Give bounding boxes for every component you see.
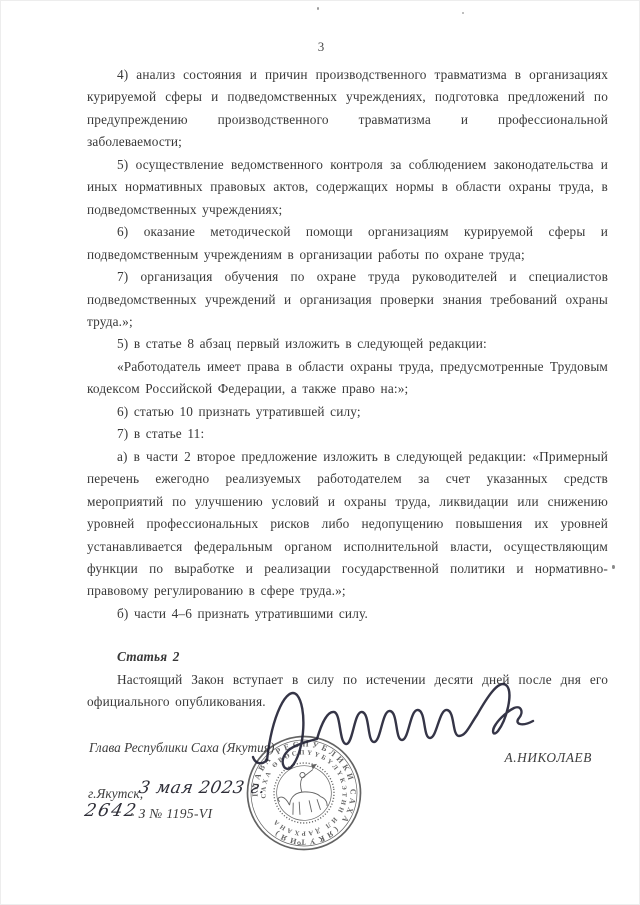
scan-speck bbox=[462, 12, 464, 14]
document-page: 3 4) анализ состояния и причин производс… bbox=[0, 0, 640, 905]
body-paragraph: 4) анализ состояния и причин производств… bbox=[87, 64, 608, 154]
signature-city: г.Якутск, bbox=[88, 786, 143, 802]
body-paragraph: 7) организация обучения по охране труда … bbox=[87, 266, 608, 333]
signature-autograph bbox=[241, 651, 541, 786]
body-paragraph: б) части 4–6 признать утратившими силу. bbox=[87, 603, 608, 625]
document-body: 4) анализ состояния и причин производств… bbox=[87, 64, 608, 714]
body-paragraph: 6) оказание методической помощи организа… bbox=[87, 221, 608, 266]
body-paragraph: а) в части 2 второе предложение изложить… bbox=[87, 446, 608, 603]
body-paragraph: 6) статью 10 признать утратившей силу; bbox=[87, 401, 608, 423]
body-paragraph: 5) в статье 8 абзац первый изложить в сл… bbox=[87, 333, 608, 355]
body-paragraph: «Работодатель имеет права в области охра… bbox=[87, 356, 608, 401]
doc-number: - З № 1195-VI bbox=[130, 806, 212, 822]
body-paragraph: 5) осуществление ведомственного контроля… bbox=[87, 154, 608, 221]
body-paragraph: 7) в статье 11: bbox=[87, 423, 608, 445]
page-number: 3 bbox=[1, 39, 640, 55]
scan-speck bbox=[317, 7, 319, 10]
scan-speck bbox=[612, 565, 615, 569]
